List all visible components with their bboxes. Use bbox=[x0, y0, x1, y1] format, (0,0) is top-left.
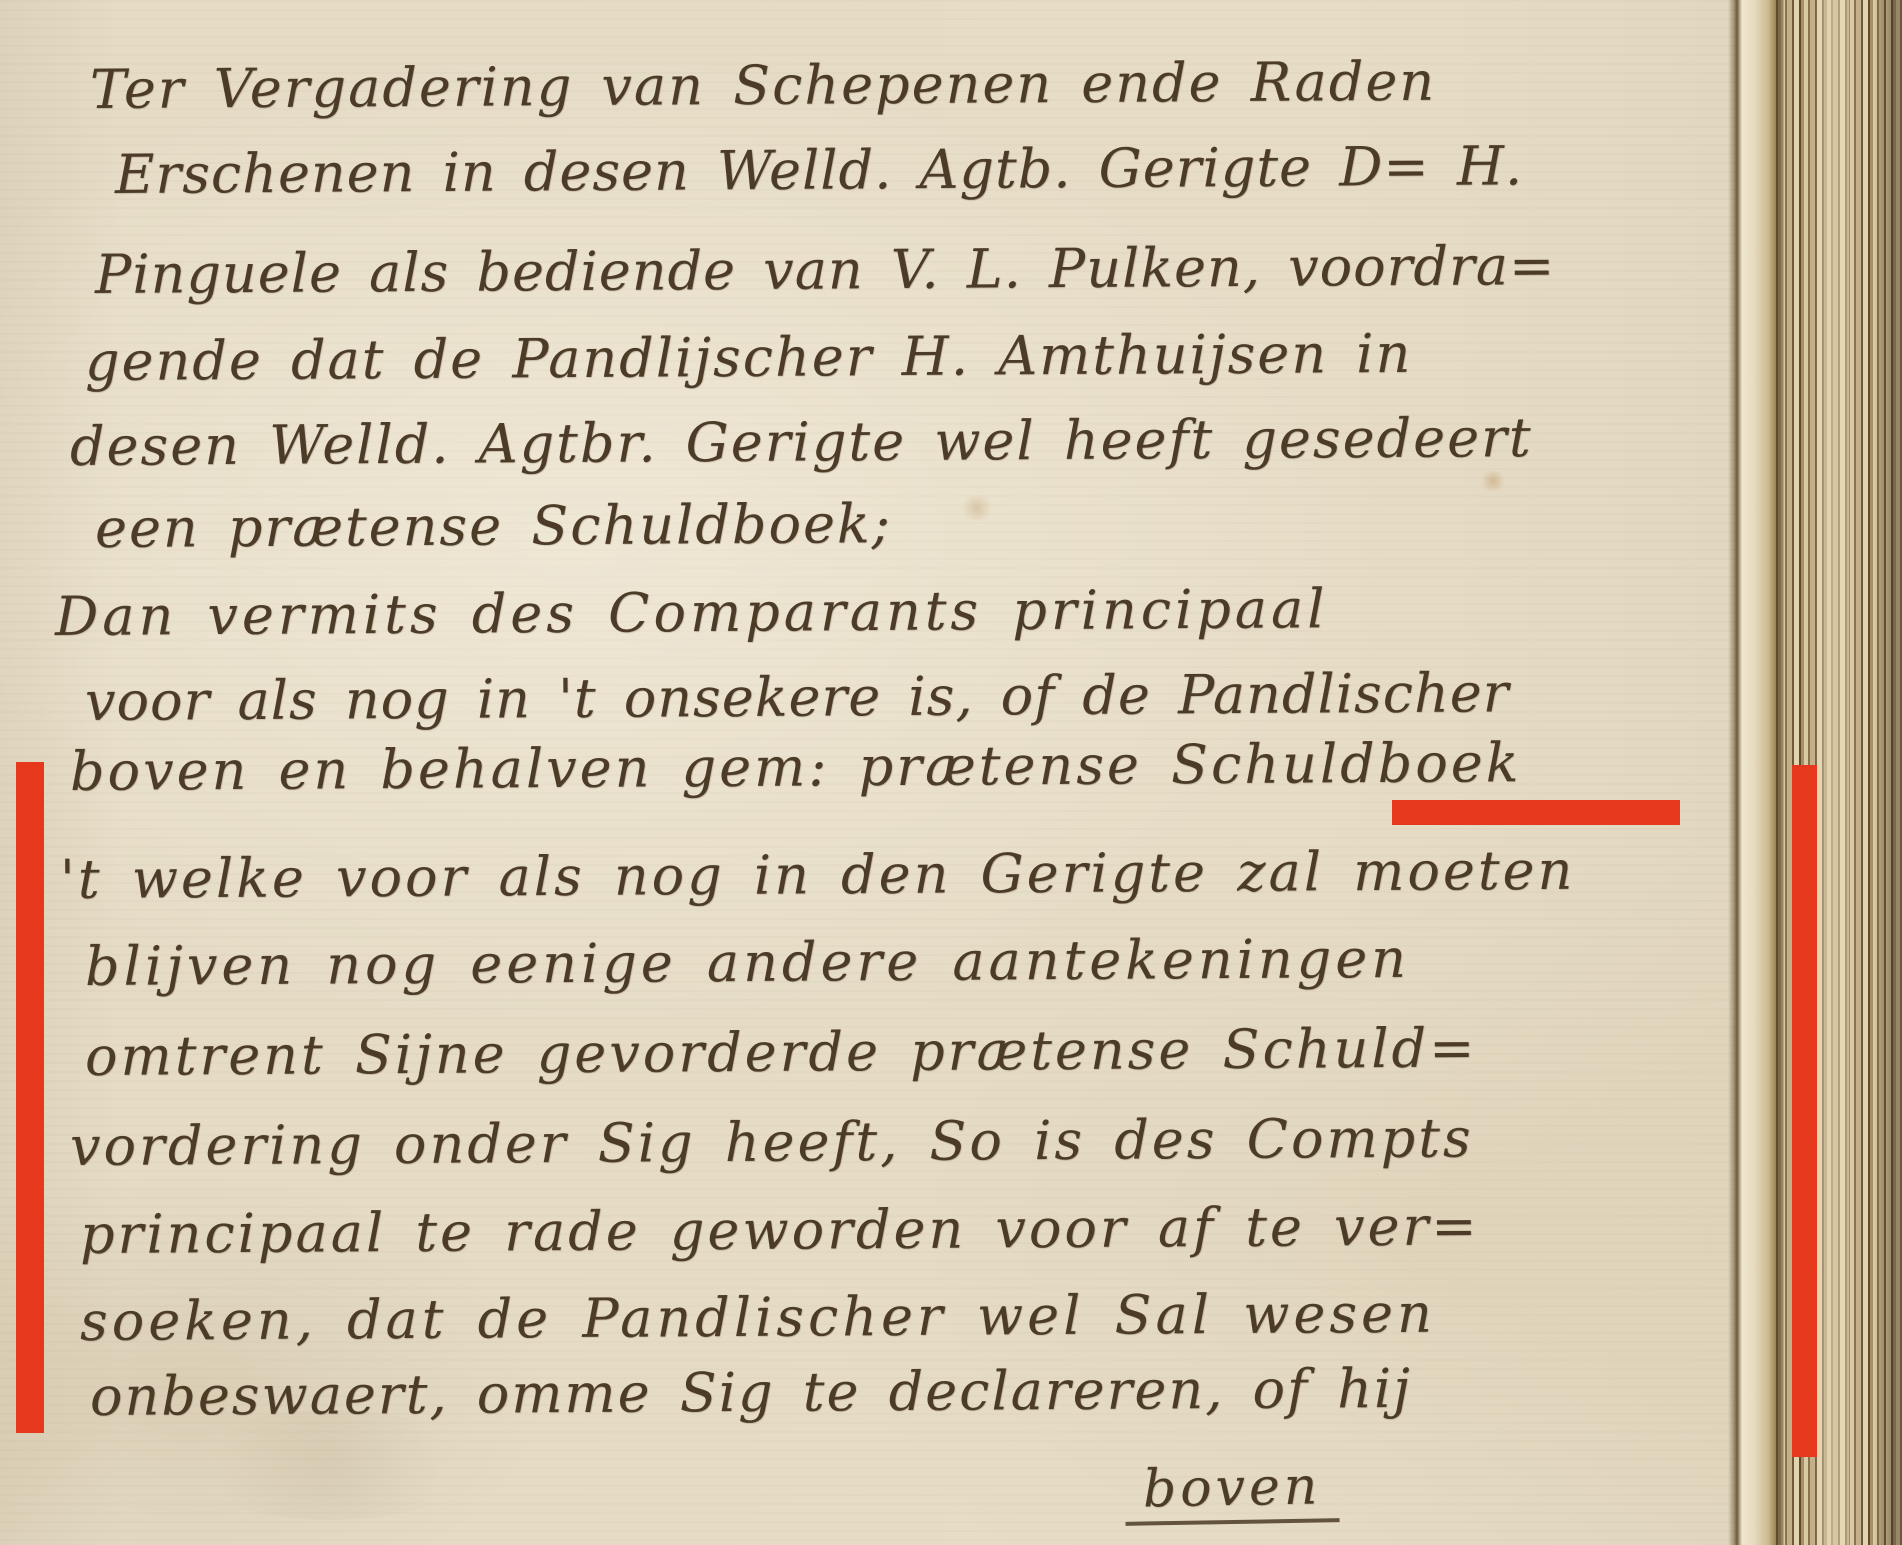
manuscript-line-1: Ter Vergadering van Schepenen ende Raden bbox=[90, 50, 1436, 121]
manuscript-line-9: boven en behalven gem: prætense Schuldbo… bbox=[70, 731, 1522, 803]
manuscript-line-2: Erschenen in desen Welld. Agtb. Gerigte … bbox=[115, 134, 1523, 206]
manuscript-line-12: omtrent Sijne gevorderde prætense Schuld… bbox=[85, 1016, 1478, 1088]
manuscript-line-4: gende dat de Pandlijscher H. Amthuijsen … bbox=[85, 322, 1413, 393]
manuscript-line-3: Pinguele als bediende van V. L. Pulken, … bbox=[95, 234, 1556, 306]
manuscript-line-8: voor als nog in 't onsekere is, of de Pa… bbox=[85, 661, 1510, 733]
red-underline-annotation bbox=[1392, 800, 1680, 825]
manuscript-page-scan: Ter Vergadering van Schepenen ende Raden… bbox=[0, 0, 1902, 1545]
red-right-margin-bar-annotation bbox=[1792, 765, 1817, 1457]
paper-stain bbox=[1480, 470, 1506, 492]
manuscript-line-6: een prætense Schuldboek; bbox=[95, 492, 892, 560]
manuscript-line-15: soeken, dat de Pandlischer wel Sal wesen bbox=[80, 1282, 1436, 1353]
red-left-margin-bar-annotation bbox=[16, 762, 44, 1433]
manuscript-line-13: vordering onder Sig heeft, So is des Com… bbox=[70, 1106, 1474, 1178]
manuscript-line-16: onbeswaert, omme Sig te declareren, of h… bbox=[90, 1357, 1412, 1428]
manuscript-line-7: Dan vermits des Comparants principaal bbox=[55, 577, 1329, 648]
paper-stain bbox=[960, 495, 994, 521]
book-fore-edge bbox=[1728, 0, 1776, 1545]
catchword: boven bbox=[1124, 1456, 1339, 1526]
manuscript-line-11: blijven nog eenige andere aantekeningen bbox=[85, 927, 1410, 998]
manuscript-line-5: desen Welld. Agtbr. Gerigte wel heeft ge… bbox=[70, 406, 1533, 478]
manuscript-line-10: 't welke voor als nog in den Gerigte zal… bbox=[60, 839, 1576, 911]
manuscript-line-14: principaal te rade geworden voor af te v… bbox=[80, 1194, 1480, 1266]
